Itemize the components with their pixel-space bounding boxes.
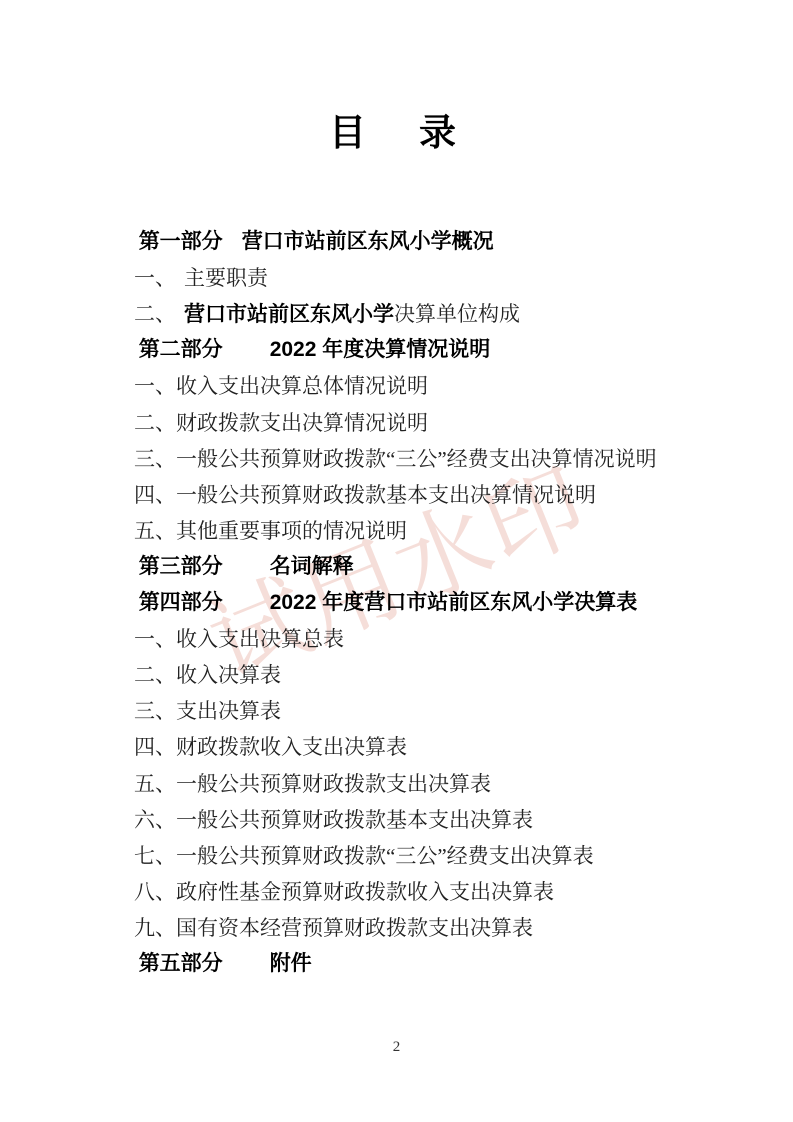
- page-number: 2: [0, 1040, 793, 1055]
- part-label: 第三部分: [139, 555, 223, 578]
- entry-text: 五、一般公共预算财政拨款支出决算表: [134, 772, 491, 796]
- part-label: 第一部分: [139, 230, 223, 253]
- part-label: 第二部分: [139, 338, 223, 361]
- part-title: 2022 年度营口市站前区东风小学决算表: [270, 591, 638, 614]
- entry-text: 一、收入支出决算总体情况说明: [134, 374, 428, 398]
- entry-text: 二、收入决算表: [134, 663, 281, 687]
- part-label: 第四部分: [139, 591, 223, 614]
- entry-text: 决算单位构成: [394, 302, 520, 326]
- table-of-contents: 第一部分营口市站前区东风小学概况 一、主要职责 二、营口市站前区东风小学决算单位…: [92, 188, 752, 946]
- entry-text: 七、一般公共预算财政拨款“三公”经费支出决算表: [134, 844, 594, 868]
- part-title: 营口市站前区东风小学概况: [242, 230, 494, 253]
- entry-text: 主要职责: [184, 266, 268, 290]
- document-page: 试用水印 目 录 第一部分营口市站前区东风小学概况 一、主要职责 二、营口市站前…: [0, 0, 793, 1122]
- page-title: 目 录: [0, 114, 793, 151]
- entry-text: 二、财政拨款支出决算情况说明: [134, 411, 428, 435]
- part-title: 名词解释: [270, 555, 354, 578]
- toc-part-1-heading: 第一部分营口市站前区东风小学概况: [92, 188, 752, 224]
- entry-number: 二、: [134, 302, 176, 326]
- entry-text: 八、政府性基金预算财政拨款收入支出决算表: [134, 880, 554, 904]
- entry-text: 四、一般公共预算财政拨款基本支出决算情况说明: [134, 483, 596, 507]
- entry-text: 三、一般公共预算财政拨款“三公”经费支出决算情况说明: [134, 447, 657, 471]
- entry-text: 四、财政拨款收入支出决算表: [134, 735, 407, 759]
- entry-text: 三、支出决算表: [134, 699, 281, 723]
- part-title: 附件: [270, 952, 312, 975]
- entry-text: 九、国有资本经营预算财政拨款支出决算表: [134, 916, 533, 940]
- part-title: 2022 年度决算情况说明: [270, 338, 491, 361]
- entry-text: 一、收入支出决算总表: [134, 627, 344, 651]
- entry-text-bold: 营口市站前区东风小学: [184, 303, 394, 326]
- entry-text: 六、一般公共预算财政拨款基本支出决算表: [134, 808, 533, 832]
- entry-text: 五、其他重要事项的情况说明: [134, 519, 407, 543]
- entry-number: 一、: [134, 266, 176, 290]
- part-label: 第五部分: [139, 952, 223, 975]
